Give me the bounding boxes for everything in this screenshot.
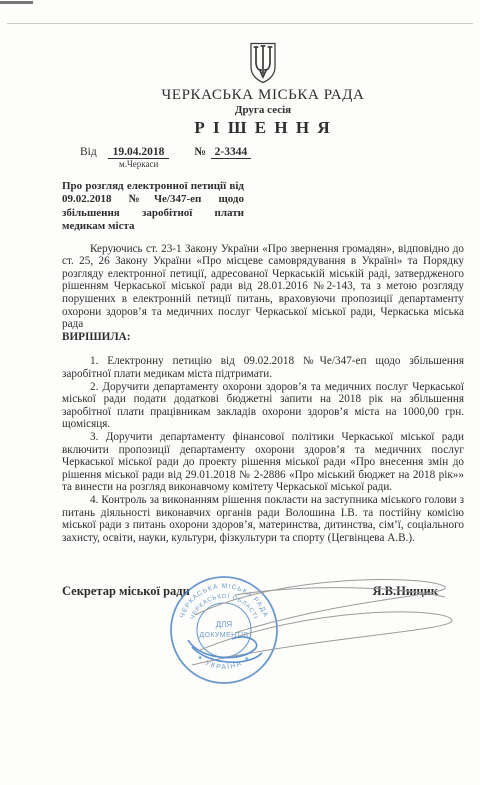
document-number: 2-3344 (211, 146, 252, 159)
city-label: м.Черкаси (62, 159, 464, 169)
resolution-item-4: 4. Контроль за виконанням рішення поклас… (62, 494, 464, 544)
resolution-items: 1. Електронну петицію від 09.02.2018 №Че… (62, 355, 464, 544)
resolution-item-1: 1. Електронну петицію від 09.02.2018 №Че… (62, 355, 464, 380)
document-date: 19.04.2018 (108, 146, 170, 159)
document-meta-row: Від 19.04.2018 № 2-3344 (62, 146, 464, 159)
document-content: ЧЕРКАСЬКА МІСЬКА РАДА Друга сесія Р І Ш … (62, 42, 464, 599)
organization-name: ЧЕРКАСЬКА МІСЬКА РАДА (62, 87, 464, 104)
handwritten-signature-strokes (140, 565, 470, 685)
from-label: Від (80, 146, 97, 158)
resolution-item-3: 3. Доручити департаменту фінансової полі… (62, 431, 464, 494)
scanned-decision-document: ЧЕРКАСЬКА МІСЬКА РАДА Друга сесія Р І Ш … (0, 0, 480, 785)
subject-block: Про розгляд електронної петиції від 09.0… (62, 180, 244, 234)
preamble-paragraph: Керуючись ст. 23-1 Закону України «Про з… (62, 243, 464, 331)
coat-of-arms-icon (62, 42, 464, 84)
resolution-item-2: 2. Доручити департаменту охорони здоров’… (62, 381, 464, 431)
resolved-label: ВИРІШИЛА: (62, 331, 464, 344)
number-label: № (194, 146, 206, 158)
session-label: Друга сесія (62, 104, 464, 117)
document-type-title: Р І Ш Е Н Н Я (62, 118, 464, 137)
document-header: ЧЕРКАСЬКА МІСЬКА РАДА Друга сесія Р І Ш … (62, 42, 464, 137)
scan-corner-artifact (0, 1, 33, 4)
scan-fold-line (7, 23, 473, 24)
